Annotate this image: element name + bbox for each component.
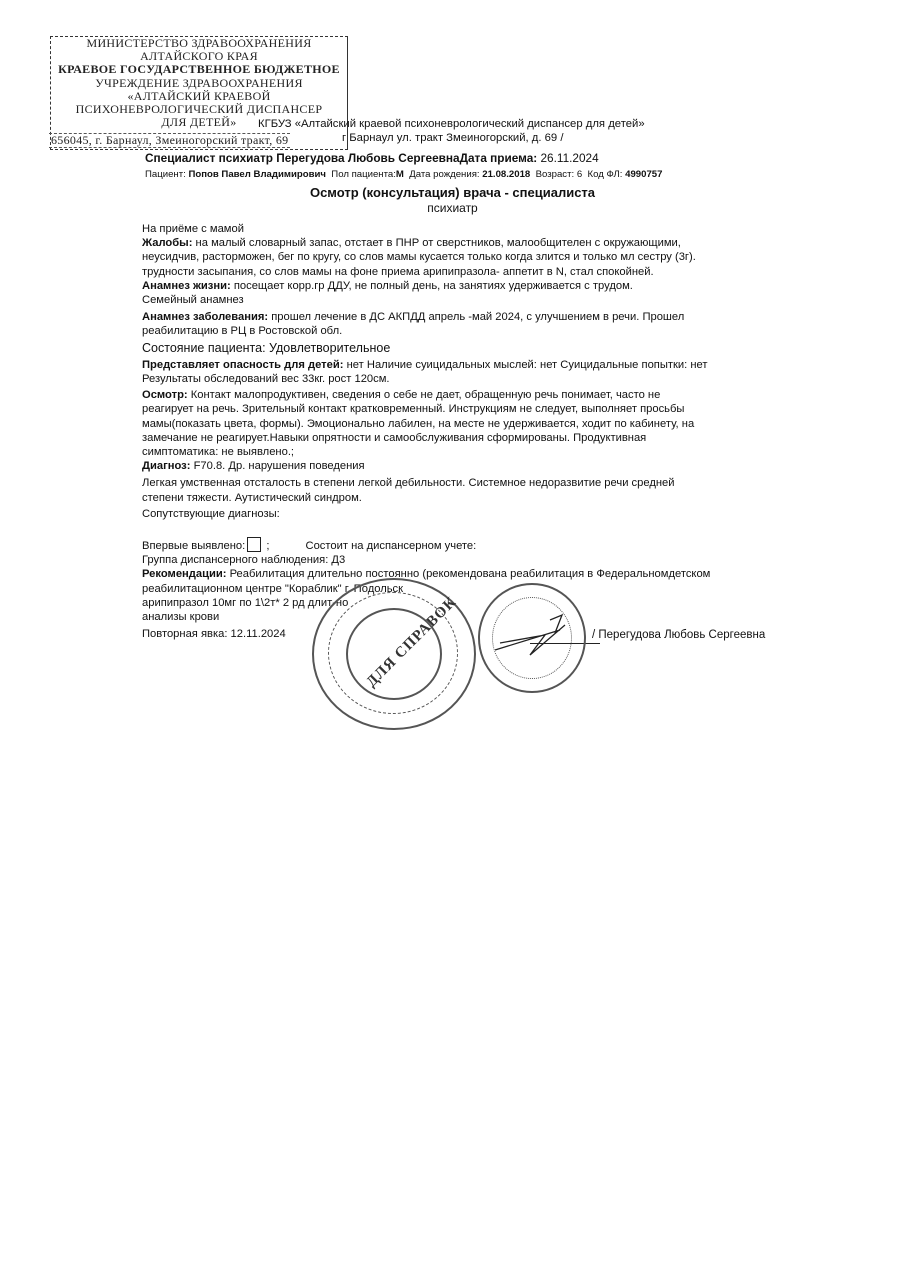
accompanied-by: На приёме с мамой	[142, 222, 782, 236]
stamp-line: УЧРЕЖДЕНИЕ ЗДРАВООХРАНЕНИЯ	[51, 77, 347, 90]
institution-round-seal: ДЛЯ СПРАВОК	[312, 578, 476, 730]
recommendations: Рекомендации: Реабилитация длительно пос…	[142, 567, 782, 581]
age-value: 6	[577, 169, 582, 180]
examination-cont: симптоматика: не выявлено.;	[142, 445, 782, 459]
doctor-signature: / Перегудова Любовь Сергеевна	[592, 628, 765, 642]
institution-name: КГБУЗ «Алтайский краевой психоневрологич…	[258, 117, 645, 131]
visit-date: 26.11.2024	[541, 151, 599, 165]
stamp-address: 656045, г. Барнаул, Змеиногорский тракт,…	[49, 133, 290, 148]
age-label: Возраст:	[536, 169, 575, 180]
consultation-body: На приёме с мамой Жалобы: на малый слова…	[142, 222, 782, 641]
family-history: Семейный анамнез	[142, 293, 782, 307]
diagnosis-text: Легкая умственная отсталость в степени л…	[142, 476, 782, 490]
diagnosis-text: степени тяжести. Аутистический синдром.	[142, 491, 782, 505]
complaints: Жалобы: на малый словарный запас, отстае…	[142, 236, 782, 250]
disease-history: Анамнез заболевания: прошел лечение в ДС…	[142, 310, 782, 324]
examination: Осмотр: Контакт малопродуктивен, сведени…	[142, 388, 782, 402]
recommendations-cont: реабилитационном центре "Кораблик" г. По…	[142, 582, 782, 596]
complaints-cont: неусидчив, расторможен, бег по кругу, со…	[142, 250, 782, 264]
life-history: Анамнез жизни: посещает корр.гр ДДУ, не …	[142, 279, 782, 293]
visit-date-label: Дата приема:	[460, 151, 538, 165]
institution-corner-stamp: МИНИСТЕРСТВО ЗДРАВООХРАНЕНИЯ АЛТАЙСКОГО …	[50, 36, 348, 150]
doctor-seal	[478, 583, 586, 693]
patient-line: Пациент: Попов Павел Владимирович Пол па…	[145, 169, 662, 180]
sex-value: М	[396, 169, 404, 180]
institution-address: г Барнаул ул. тракт Змеиногорский, д. 69…	[342, 131, 564, 145]
first-detected-line: Впервые выявлено: ;Состоит на диспансерн…	[142, 537, 782, 553]
diagnosis: Диагноз: F70.8. Др. нарушения поведения	[142, 459, 782, 473]
document-subtitle: психиатр	[0, 201, 905, 215]
code-label: Код ФЛ:	[588, 169, 623, 180]
exam-results: Результаты обследований вес 33кг. рост 1…	[142, 372, 782, 386]
specialist-line: Специалист психиатр Перегудова Любовь Се…	[145, 151, 599, 165]
danger-assessment: Представляет опасность для детей: нет На…	[142, 358, 782, 372]
patient-condition: Состояние пациента: Удовлетворительное	[142, 341, 782, 355]
first-detected-checkbox[interactable]	[247, 537, 261, 552]
examination-cont: реагирует на речь. Зрительный контакт кр…	[142, 402, 782, 416]
examination-cont: замечание не реагирует.Навыки опрятности…	[142, 431, 782, 445]
recommendations-cont: арипипразол 10мг по 1\2т* 2 рд длит-но	[142, 596, 782, 610]
code-value: 4990757	[625, 169, 662, 180]
complaints-cont: трудности засыпания, со слов мамы на фон…	[142, 265, 782, 279]
dispensary-group: Группа диспансерного наблюдения: Д3	[142, 553, 782, 567]
sex-label: Пол пациента:	[331, 169, 396, 180]
signature-scribble-icon	[490, 605, 590, 665]
patient-label: Пациент:	[145, 169, 186, 180]
document-title: Осмотр (консультация) врача - специалист…	[0, 185, 905, 200]
patient-name: Попов Павел Владимирович	[188, 169, 326, 180]
concomitant-diagnoses: Сопутствующие диагнозы:	[142, 507, 782, 521]
specialist-label: Специалист психиатр	[145, 151, 273, 165]
dispensary-registered: Состоит на диспансерном учете:	[305, 540, 476, 552]
dob-value: 21.08.2018	[482, 169, 530, 180]
dob-label: Дата рождения:	[409, 169, 479, 180]
examination-cont: мамы(показать цвета, формы). Эмоциональн…	[142, 417, 782, 431]
stamp-line: КРАЕВОЕ ГОСУДАРСТВЕННОЕ БЮДЖЕТНОЕ	[51, 63, 347, 76]
specialist-name: Перегудова Любовь Сергеевна	[276, 151, 459, 165]
disease-history-cont: реабилитацию в РЦ в Ростовской обл.	[142, 324, 782, 338]
